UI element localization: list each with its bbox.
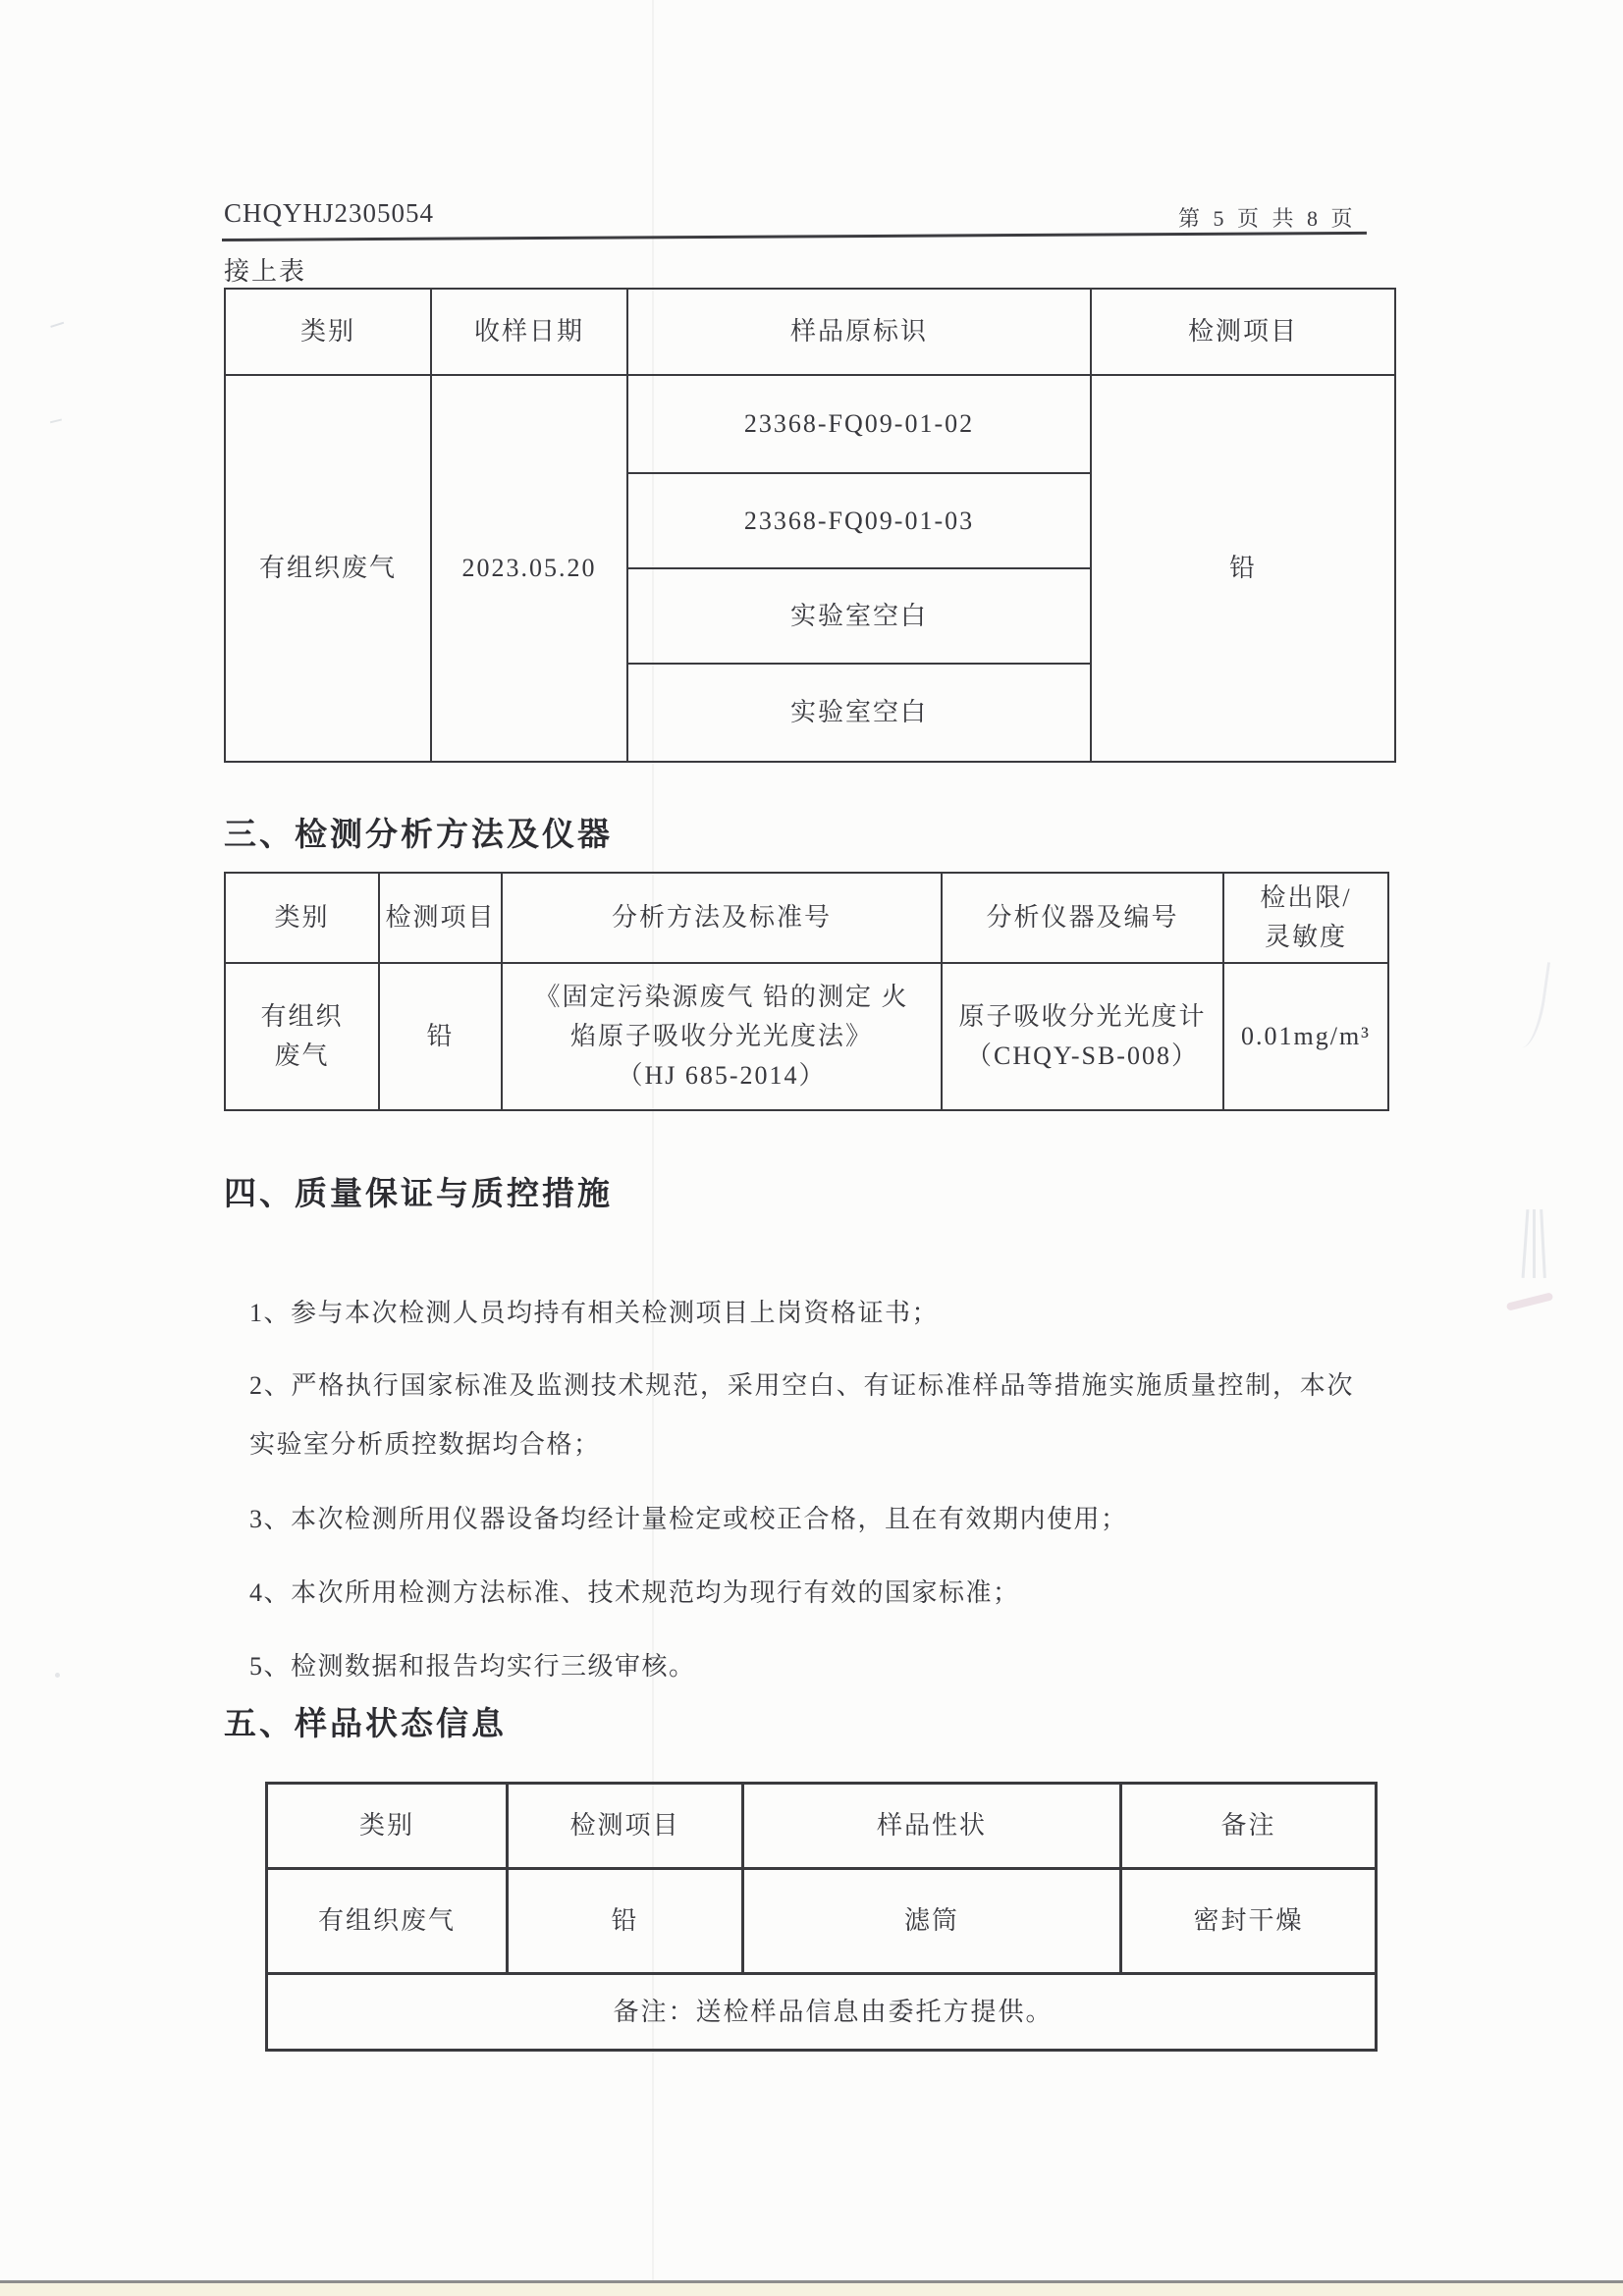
category-line1: 有组织 [260, 997, 343, 1037]
status-table-header-appearance: 样品性状 [744, 1785, 1122, 1870]
qc-item-1: 1、参与本次检测人员均持有相关检测项目上岗资格证书； [249, 1284, 1354, 1343]
scan-artifact [48, 411, 62, 424]
scan-artifact [48, 314, 64, 328]
sample-table: 类别 收样日期 样品原标识 检测项目 有组织废气 2023.05.20 2336… [224, 288, 1396, 763]
status-table-item-cell: 铅 [509, 1870, 744, 1975]
scan-artifact [1510, 958, 1550, 1049]
method-table: 类别 检测项目 分析方法及标准号 分析仪器及编号 检出限/ 灵敏度 有组织 废气… [224, 872, 1389, 1111]
status-table-category-cell: 有组织废气 [268, 1870, 509, 1975]
sample-id-cell: 23368-FQ09-01-03 [628, 474, 1092, 569]
sample-table-category-cell: 有组织废气 [226, 376, 432, 763]
category-line2: 废气 [274, 1037, 329, 1076]
status-table-header-category: 类别 [268, 1785, 509, 1870]
status-table-header-item: 检测项目 [509, 1785, 744, 1870]
sample-table-header-category: 类别 [226, 290, 432, 376]
sample-table-header-sample-id: 样品原标识 [628, 290, 1092, 376]
instrument-line1: 原子吸收分光光度计 [958, 997, 1206, 1037]
sample-table-date-cell: 2023.05.20 [432, 376, 628, 763]
method-table-header-method: 分析方法及标准号 [503, 874, 943, 964]
method-table-category-cell: 有组织 废气 [226, 964, 380, 1111]
section-title-methods: 三、检测分析方法及仪器 [224, 809, 613, 855]
qc-item-4: 4、本次所用检测方法标准、技术规范均为现行有效的国家标准； [249, 1564, 1354, 1623]
method-table-header-instrument: 分析仪器及编号 [943, 874, 1224, 964]
instrument-line2: （CHQY-SB-008） [966, 1037, 1199, 1076]
method-line3: （HJ 685-2014） [617, 1056, 826, 1095]
sample-id-cell: 23368-FQ09-01-02 [628, 376, 1092, 474]
method-table-item-cell: 铅 [380, 964, 503, 1111]
status-table: 类别 检测项目 样品性状 备注 有组织废气 铅 滤筒 密封干燥 备注：送检样品信… [265, 1782, 1378, 2052]
document-page: CHQYHJ2305054 第 5 页 共 8 页 接上表 类别 收样日期 样品… [0, 0, 1623, 2296]
method-line2: 焰原子吸收分光光度法》 [570, 1017, 873, 1056]
section-title-qc: 四、质量保证与质控措施 [224, 1168, 613, 1214]
scan-artifact [1524, 1209, 1545, 1278]
sample-table-item-cell: 铅 [1092, 376, 1396, 763]
qc-item-2: 2、严格执行国家标准及监测技术规范，采用空白、有证标准样品等措施实施质量控制，本… [249, 1357, 1354, 1474]
sample-table-header-item: 检测项目 [1092, 290, 1396, 376]
continue-table-label: 接上表 [224, 251, 306, 288]
qc-item-3: 3、本次检测所用仪器设备均经计量检定或校正合格，且在有效期内使用； [249, 1490, 1354, 1549]
page-number: 第 5 页 共 8 页 [1178, 202, 1357, 233]
sample-id-cell: 实验室空白 [628, 665, 1092, 763]
sample-table-header-date: 收样日期 [432, 290, 628, 376]
method-table-header-limit: 检出限/ 灵敏度 [1224, 874, 1389, 964]
status-table-note-cell: 备注：送检样品信息由委托方提供。 [268, 1975, 1378, 2052]
method-table-instrument-cell: 原子吸收分光光度计 （CHQY-SB-008） [943, 964, 1224, 1111]
status-table-remark-cell: 密封干燥 [1122, 1870, 1378, 1975]
qc-item-5: 5、检测数据和报告均实行三级审核。 [249, 1637, 1354, 1696]
report-number: CHQYHJ2305054 [224, 198, 434, 229]
status-table-header-remark: 备注 [1122, 1785, 1378, 1870]
limit-header-line2: 灵敏度 [1265, 918, 1347, 957]
section-title-sample-status: 五、样品状态信息 [224, 1698, 507, 1744]
limit-header-line1: 检出限/ [1260, 879, 1351, 918]
method-table-header-category: 类别 [226, 874, 380, 964]
scan-artifact [55, 1673, 60, 1678]
method-table-limit-cell: 0.01mg/m³ [1224, 964, 1389, 1111]
scan-page-edge-strip [0, 2283, 1623, 2296]
method-table-method-cell: 《固定污染源废气 铅的测定 火 焰原子吸收分光光度法》 （HJ 685-2014… [503, 964, 943, 1111]
method-line1: 《固定污染源废气 铅的测定 火 [534, 978, 908, 1017]
sample-id-cell: 实验室空白 [628, 569, 1092, 665]
method-table-header-item: 检测项目 [380, 874, 503, 964]
header-rule [222, 232, 1367, 241]
scan-artifact [1506, 1292, 1554, 1310]
status-table-appearance-cell: 滤筒 [744, 1870, 1122, 1975]
